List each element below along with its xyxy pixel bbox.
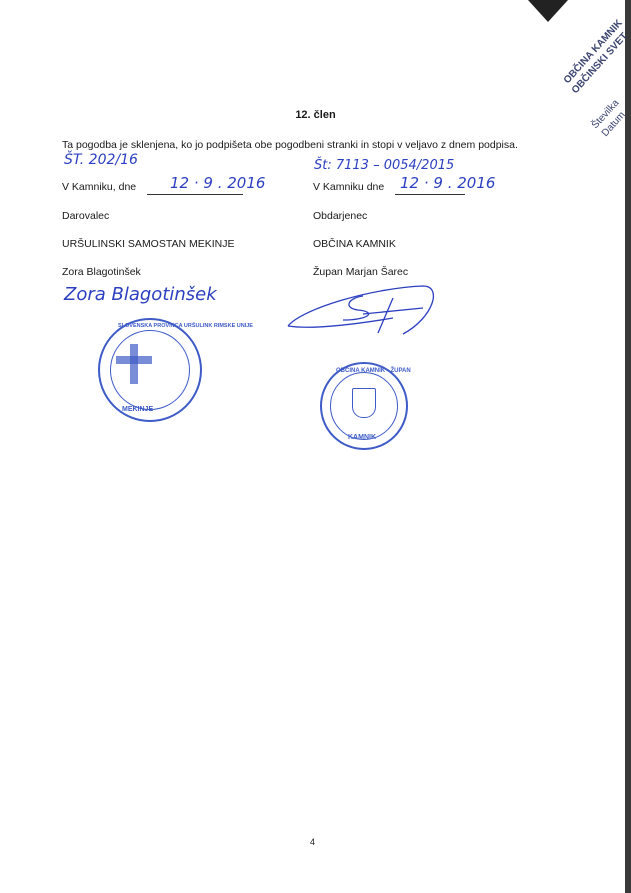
left-ref-number: ŠT. 202/16 xyxy=(64,152,138,168)
left-organization: URŠULINSKI SAMOSTAN MEKINJE xyxy=(62,238,235,250)
right-organization: OBČINA KAMNIK xyxy=(313,238,396,250)
article-title: 12. člen xyxy=(0,109,631,121)
left-place-label: V Kamniku, dne xyxy=(62,181,136,193)
page-number: 4 xyxy=(310,837,315,847)
left-seal: SLOVENSKA PROVINCA URŠULINK RIMSKE UNIJE… xyxy=(98,318,202,422)
right-ref-number: Št: 7113 – 0054/2015 xyxy=(314,158,454,173)
left-date-line xyxy=(147,194,243,195)
left-role: Darovalec xyxy=(62,210,109,222)
right-seal-text: OBČINA KAMNIK - ŽUPAN xyxy=(336,368,411,374)
right-place-label: V Kamniku dne xyxy=(313,181,384,193)
page-corner xyxy=(528,0,568,22)
right-role: Obdarjenec xyxy=(313,210,367,222)
left-date: 12 · 9 . 2016 xyxy=(170,174,265,192)
left-signatory: Zora Blagotinšek xyxy=(62,266,141,278)
article-paragraph: Ta pogodba je sklenjena, ko jo podpišeta… xyxy=(62,139,518,151)
right-signature xyxy=(283,278,443,340)
left-seal-text: SLOVENSKA PROVINCA URŠULINK RIMSKE UNIJE xyxy=(118,323,253,329)
document-page: OBČINA KAMNIK OBČINSKI SVET Številka Dat… xyxy=(0,0,631,893)
corner-stamp: OBČINA KAMNIK OBČINSKI SVET Številka Dat… xyxy=(560,20,631,140)
right-signatory: Župan Marjan Šarec xyxy=(313,266,408,278)
right-seal: OBČINA KAMNIK - ŽUPAN KAMNIK xyxy=(320,362,408,450)
right-date-line xyxy=(395,194,465,195)
right-date: 12 · 9 . 2016 xyxy=(400,174,495,192)
left-seal-bottom: MEKINJE xyxy=(122,406,153,413)
right-seal-bottom: KAMNIK xyxy=(348,434,376,441)
left-signature: Zora Blagotinšek xyxy=(64,284,217,305)
